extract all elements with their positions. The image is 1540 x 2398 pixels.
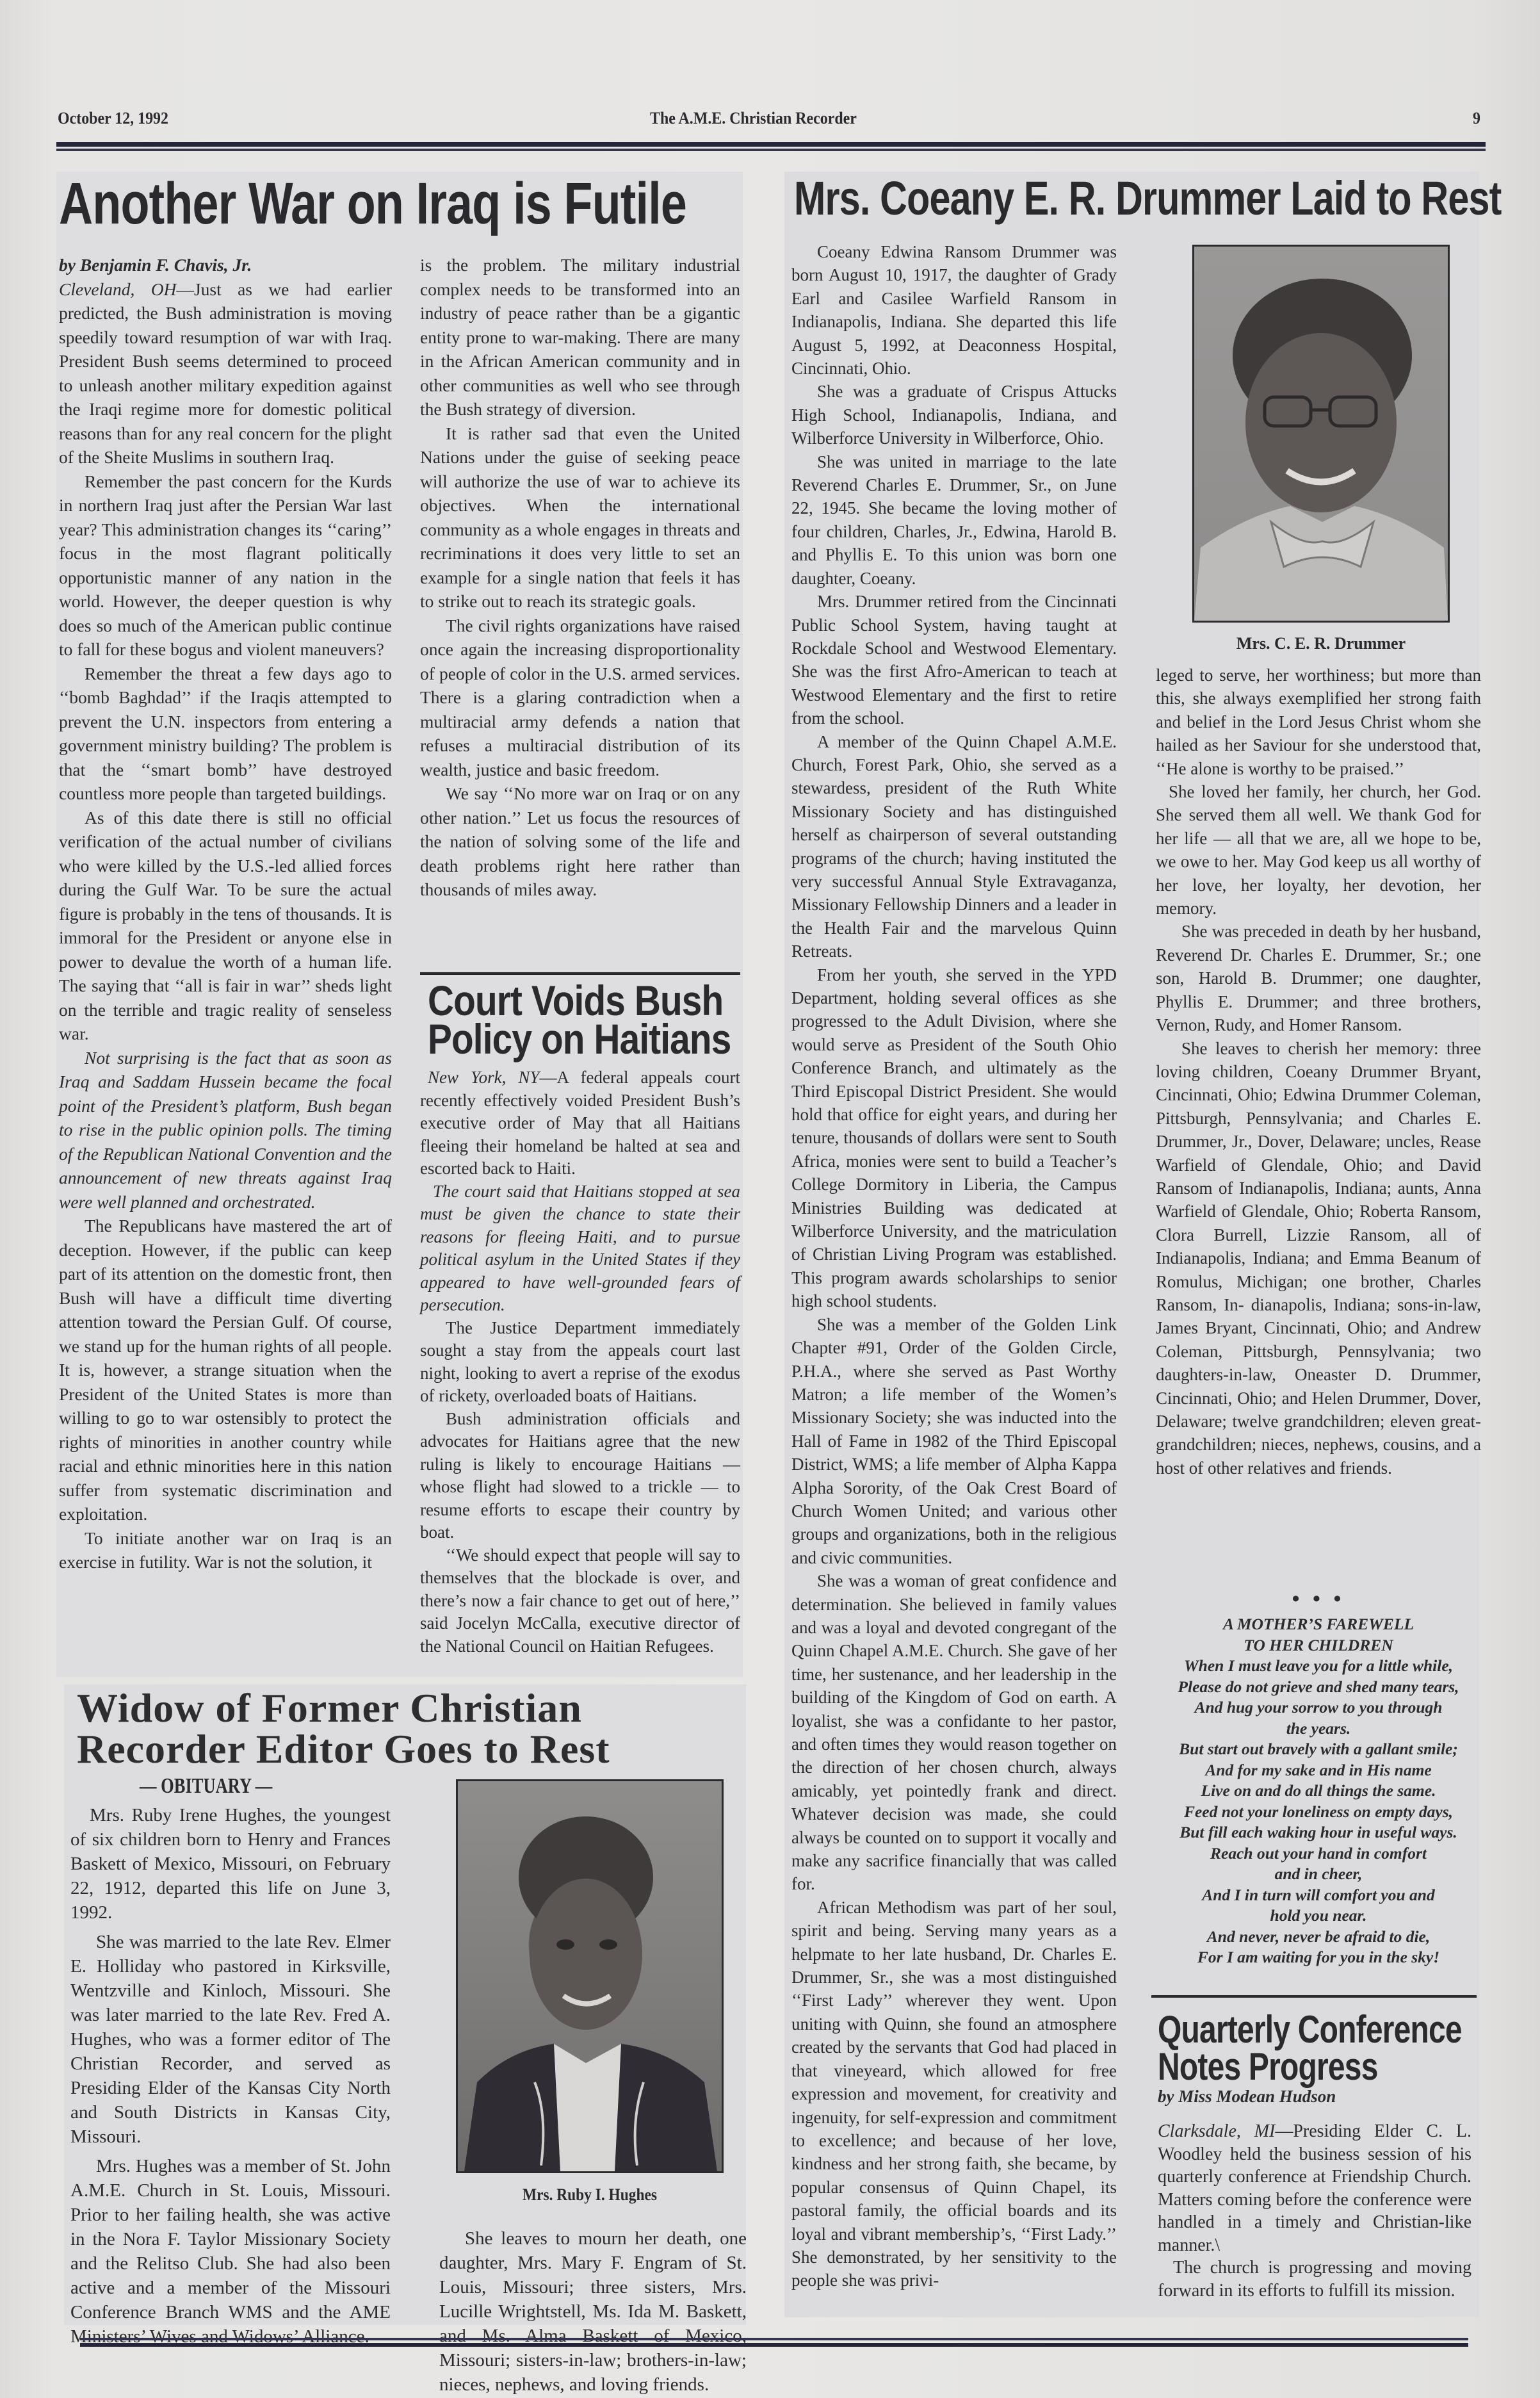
iraq-paragraph: As of this date there is still no offici…: [59, 806, 392, 1046]
iraq-paragraph: Not surprising is the fact that as soon …: [59, 1046, 392, 1214]
drummer-photo: [1192, 245, 1450, 623]
hughes-headline: Widow of Former Christian Recorder Edito…: [77, 1688, 610, 1770]
iraq-paragraph: The civil rights organizations have rais…: [420, 614, 740, 782]
poem-line: And never, never be afraid to die,: [1156, 1927, 1481, 1948]
poem-line: Reach out your hand in comfort: [1156, 1843, 1481, 1864]
haiti-body: New York, NY—A federal appeals court rec…: [420, 1066, 740, 1658]
hughes-paragraph: Mrs. Ruby Irene Hughes, the youngest of …: [70, 1803, 391, 1925]
header-rule: [56, 142, 1486, 151]
haiti-paragraph: The Justice Department immediately sough…: [420, 1317, 740, 1408]
poem-line: And for my sake and in His name: [1156, 1760, 1481, 1781]
publication-name: The A.M.E. Christian Recorder: [650, 109, 857, 128]
poem-line: And I in turn will comfort you and: [1156, 1885, 1481, 1906]
drummer-headline: Mrs. Coeany E. R. Drummer Laid to Rest: [794, 173, 1502, 224]
poem-line: and in cheer,: [1156, 1864, 1481, 1885]
portrait-illustration-icon: [458, 1781, 722, 2171]
poem-line: And hug your sorrow to you through: [1156, 1697, 1481, 1718]
drummer-paragraph: She was a graduate of Crispus Attucks Hi…: [791, 380, 1117, 450]
issue-date: October 12, 1992: [58, 109, 168, 128]
section-separator-dots: • • •: [1156, 1587, 1481, 1611]
portrait-illustration-icon: [1194, 247, 1448, 621]
haiti-headline: Court Voids Bush Policy on Haitians: [428, 981, 731, 1058]
iraq-paragraph: To initiate another war on Iraq is an ex…: [59, 1526, 392, 1574]
quarterly-paragraph: Clarksdale, MI—Presiding Elder C. L. Woo…: [1158, 2120, 1471, 2256]
iraq-paragraph: The Republicans have mastered the art of…: [59, 1214, 392, 1526]
drummer-paragraph: She was a member of the Golden Link Chap…: [791, 1313, 1117, 1569]
drummer-paragraph: She leaves to cherish her memory: three …: [1156, 1037, 1481, 1480]
poem-title: A MOTHER’S FAREWELL: [1156, 1614, 1481, 1635]
drummer-paragraph: A member of the Quinn Chapel A.M.E. Chur…: [791, 730, 1117, 963]
haiti-paragraph: Bush administration officials and advoca…: [420, 1408, 740, 1544]
hughes-paragraph: Mrs. Hughes was a member of St. John A.M…: [70, 2154, 391, 2349]
iraq-byline: by Benjamin F. Chavis, Jr.: [59, 253, 392, 277]
drummer-paragraph: Mrs. Drummer retired from the Cincinnati…: [791, 590, 1117, 730]
drummer-paragraph: She was united in marriage to the late R…: [791, 450, 1117, 590]
quarterly-headline: Quarterly Conference Notes Progress: [1158, 2011, 1462, 2085]
poem-line: For I am waiting for you in the sky!: [1156, 1947, 1481, 1968]
iraq-paragraph: We say ‘‘No more war on Iraq or on any o…: [420, 781, 740, 902]
poem-line: hold you near.: [1156, 1905, 1481, 1927]
obituary-kicker: — OBITUARY —: [140, 1774, 272, 1798]
quarterly-byline: by Miss Modean Hudson: [1158, 2087, 1336, 2107]
iraq-paragraph: Remember the threat a few days ago to ‘‘…: [59, 662, 392, 806]
drummer-paragraph: leged to serve, her worthiness; but more…: [1156, 664, 1481, 780]
drummer-paragraph: She was a woman of great confidence and …: [791, 1569, 1117, 1896]
iraq-column-1: by Benjamin F. Chavis, Jr. Cleveland, OH…: [59, 253, 392, 1574]
hughes-photo-caption: Mrs. Ruby I. Hughes: [469, 2185, 710, 2205]
iraq-column-2: is the problem. The military industrial …: [420, 253, 740, 902]
hughes-column-1: Mrs. Ruby Irene Hughes, the youngest of …: [70, 1803, 391, 2349]
quarterly-divider-rule: [1151, 1995, 1477, 1998]
page-number: 9: [1473, 109, 1480, 128]
quarterly-dateline: Clarksdale, MI: [1158, 2121, 1275, 2141]
drummer-photo-caption: Mrs. C. E. R. Drummer: [1192, 634, 1450, 653]
iraq-paragraph: is the problem. The military industrial …: [420, 253, 740, 421]
quarterly-body: Clarksdale, MI—Presiding Elder C. L. Woo…: [1158, 2120, 1471, 2302]
poem-line: the years.: [1156, 1718, 1481, 1740]
haiti-paragraph: New York, NY—A federal appeals court rec…: [420, 1066, 740, 1180]
mothers-farewell-poem: A MOTHER’S FAREWELL TO HER CHILDREN When…: [1156, 1614, 1481, 1968]
hughes-photo: [456, 1779, 724, 2173]
drummer-paragraph: She loved her family, her church, her Go…: [1156, 780, 1481, 920]
drummer-column-2: leged to serve, her worthiness; but more…: [1156, 664, 1481, 1480]
drummer-paragraph: She was preceded in death by her husband…: [1156, 920, 1481, 1036]
hughes-paragraph: She leaves to mourn her death, one daugh…: [439, 2226, 747, 2397]
drummer-column-1: Coeany Edwina Ransom Drummer was born Au…: [791, 240, 1117, 2292]
hughes-column-2: She leaves to mourn her death, one daugh…: [439, 2226, 747, 2397]
haiti-paragraph: The court said that Haitians stopped at …: [420, 1180, 740, 1317]
poem-line: Please do not grieve and shed many tears…: [1156, 1677, 1481, 1698]
haiti-dateline: New York, NY: [428, 1068, 539, 1087]
drummer-paragraph: African Methodism was part of her soul, …: [791, 1896, 1117, 2292]
iraq-paragraph: Cleveland, OH—Just as we had earlier pre…: [59, 277, 392, 469]
poem-line: When I must leave you for a little while…: [1156, 1656, 1481, 1677]
poem-title: TO HER CHILDREN: [1156, 1635, 1481, 1656]
poem-line: But start out bravely with a gallant smi…: [1156, 1739, 1481, 1760]
iraq-dateline: Cleveland, OH: [59, 279, 176, 299]
haiti-divider-rule: [420, 972, 740, 975]
iraq-paragraph: It is rather sad that even the United Na…: [420, 421, 740, 614]
hughes-paragraph: She was married to the late Rev. Elmer E…: [70, 1930, 391, 2149]
iraq-headline: Another War on Iraq is Futile: [59, 172, 686, 236]
drummer-paragraph: From her youth, she served in the YPD De…: [791, 963, 1117, 1313]
poem-line: Feed not your loneliness on empty days,: [1156, 1802, 1481, 1823]
poem-line: Live on and do all things the same.: [1156, 1781, 1481, 1802]
drummer-paragraph: Coeany Edwina Ransom Drummer was born Au…: [791, 240, 1117, 380]
iraq-paragraph: Remember the past concern for the Kurds …: [59, 469, 392, 662]
poem-line: But fill each waking hour in useful ways…: [1156, 1822, 1481, 1843]
haiti-paragraph: ‘‘We should expect that people will say …: [420, 1544, 740, 1658]
quarterly-paragraph: The church is progressing and moving for…: [1158, 2256, 1471, 2302]
footer-rule: [80, 2338, 1468, 2347]
